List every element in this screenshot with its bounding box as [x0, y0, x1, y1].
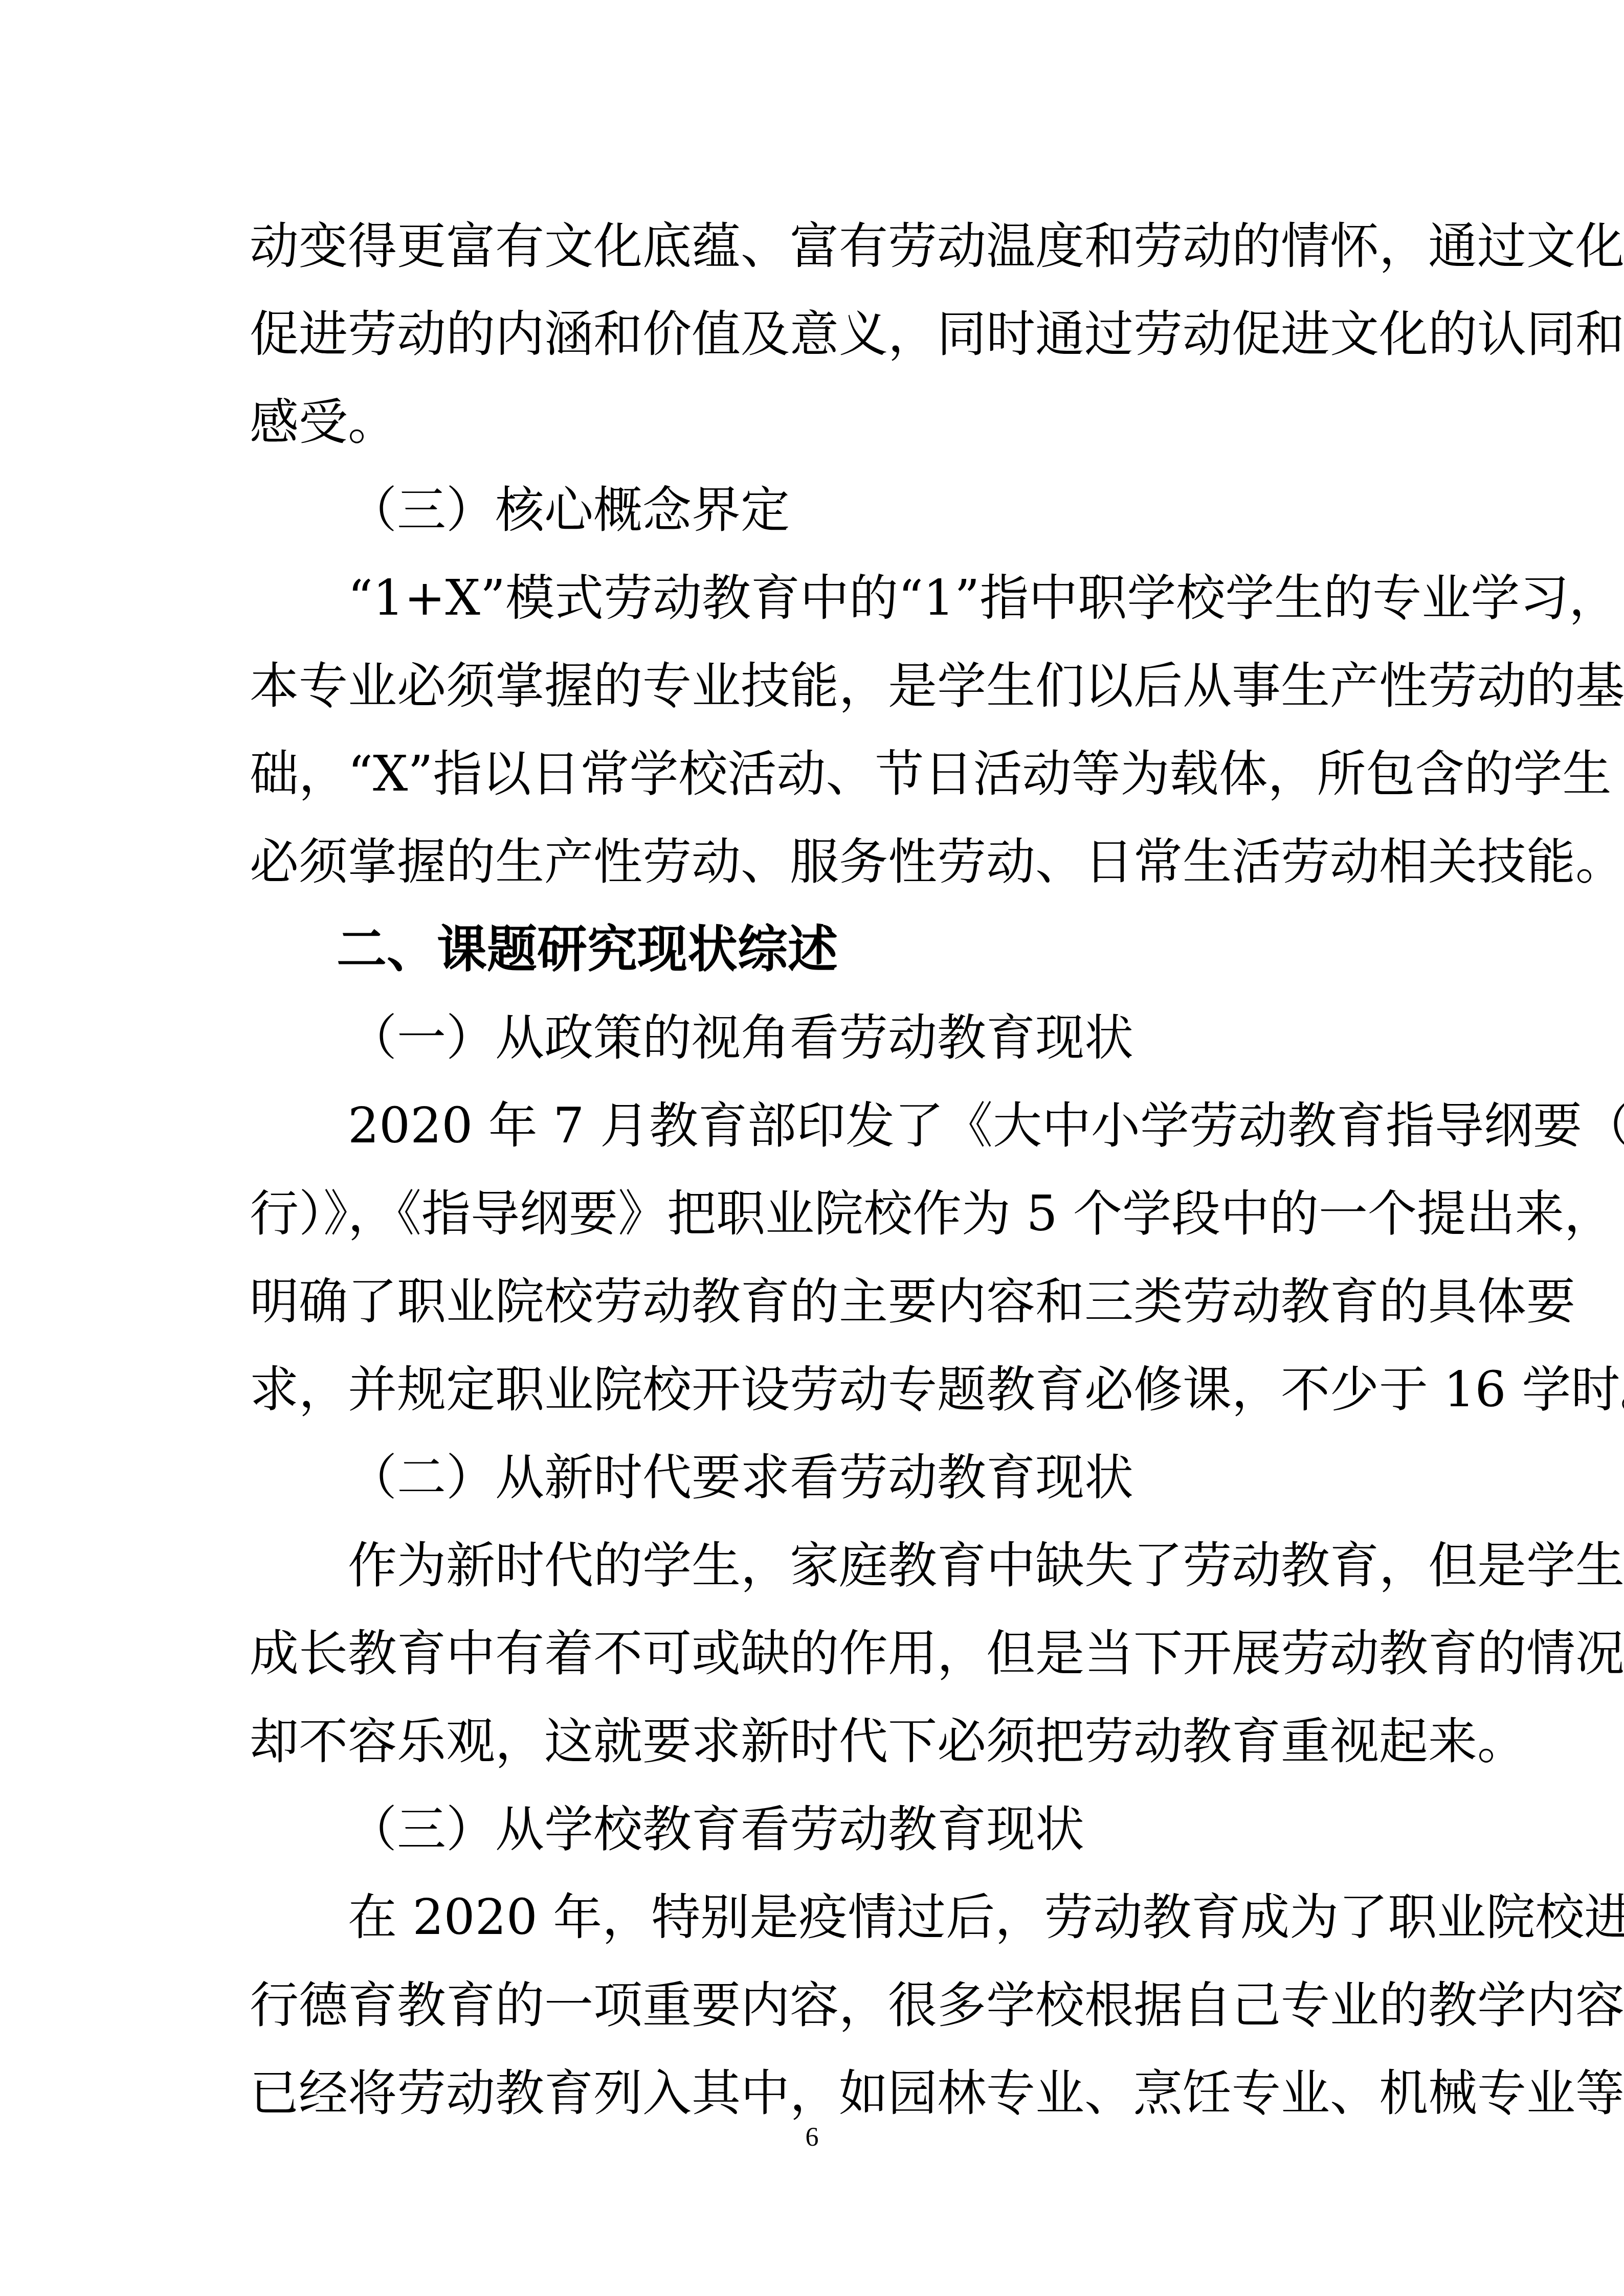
body-line: 促进劳动的内涵和价值及意义，同时通过劳动促进文化的认同和 [250, 290, 1395, 378]
body-line: “1+X”模式劳动教育中的“1”指中职学校学生的专业学习， [250, 554, 1395, 642]
body-line: 却不容乐观，这就要求新时代下必须把劳动教育重视起来。 [250, 1697, 1395, 1785]
subheading-policy: （一）从政策的视角看劳动教育现状 [250, 994, 1395, 1082]
body-line: 感受。 [250, 378, 1395, 466]
body-line: 明确了职业院校劳动教育的主要内容和三类劳动教育的具体要 [250, 1257, 1395, 1345]
body-line: 2020 年 7 月教育部印发了《大中小学劳动教育指导纲要（试 [250, 1082, 1395, 1169]
body-line: 作为新时代的学生，家庭教育中缺失了劳动教育，但是学生 [250, 1521, 1395, 1609]
body-line: 础，“X”指以日常学校活动、节日活动等为载体，所包含的学生 [250, 730, 1395, 818]
section-heading: 二、课题研究现状综述 [250, 906, 1395, 994]
document-page: 动变得更富有文化底蕴、富有劳动温度和劳动的情怀，通过文化 促进劳动的内涵和价值及… [0, 0, 1624, 2296]
body-line: 行德育教育的一项重要内容，很多学校根据自己专业的教学内容， [250, 1961, 1395, 2049]
body-line: 本专业必须掌握的专业技能，是学生们以后从事生产性劳动的基 [250, 642, 1395, 730]
body-line: 行）》，《指导纲要》把职业院校作为 5 个学段中的一个提出来， [250, 1169, 1395, 1257]
body-line: 在 2020 年，特别是疫情过后，劳动教育成为了职业院校进 [250, 1873, 1395, 1961]
body-line: 动变得更富有文化底蕴、富有劳动温度和劳动的情怀，通过文化 [250, 202, 1395, 290]
subheading-core-concepts: （三）核心概念界定 [250, 466, 1395, 554]
body-line: 成长教育中有着不可或缺的作用，但是当下开展劳动教育的情况 [250, 1609, 1395, 1697]
page-number: 6 [0, 2122, 1624, 2152]
page-body: 动变得更富有文化底蕴、富有劳动温度和劳动的情怀，通过文化 促进劳动的内涵和价值及… [250, 202, 1395, 2137]
body-line: 必须掌握的生产性劳动、服务性劳动、日常生活劳动相关技能。 [250, 818, 1395, 906]
subheading-school-education: （三）从学校教育看劳动教育现状 [250, 1785, 1395, 1873]
body-line: 求，并规定职业院校开设劳动专题教育必修课，不少于 16 学时。 [250, 1345, 1395, 1433]
subheading-new-era: （二）从新时代要求看劳动教育现状 [250, 1433, 1395, 1521]
